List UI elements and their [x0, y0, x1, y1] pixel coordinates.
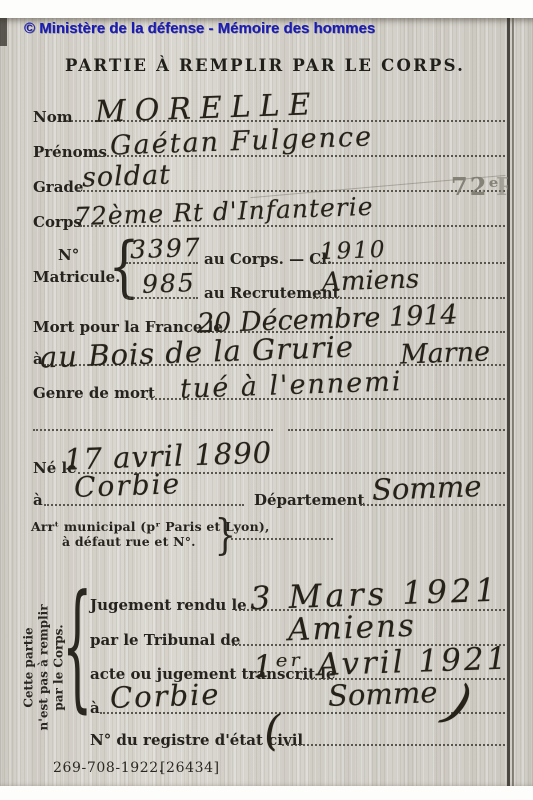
- genre-mort-label: Genre de mort: [33, 384, 155, 402]
- arr-label-line2: à défaut rue et N°.: [62, 534, 196, 549]
- prenoms-label: Prénoms: [33, 143, 107, 161]
- recrutement-handwritten: Amiens: [322, 266, 420, 295]
- genre-mort-handwritten: tué à l'ennemi: [180, 368, 403, 403]
- copyright-watermark: © Ministère de la défense - Mémoire des …: [24, 20, 375, 37]
- printer-imprint: 269-708-1922.: [53, 760, 164, 776]
- departement-label: Département: [254, 491, 364, 509]
- transcrit-lieu-handwritten: Corbie: [110, 680, 221, 713]
- ne-lieu-dotted: [44, 504, 244, 506]
- transcrit-dept-handwritten: Somme: [328, 678, 438, 711]
- scan-corner-smudge: [0, 18, 7, 46]
- regiment-stamp: 72ᵉ: [451, 172, 501, 201]
- form-title: PARTIE À REMPLIR PAR LE CORPS.: [55, 56, 475, 75]
- tribunal-handwritten: Amiens: [287, 611, 416, 646]
- scanned-record-page: © Ministère de la défense - Mémoire des …: [0, 0, 533, 800]
- nom-label: Nom: [33, 108, 73, 126]
- departement-handwritten: Somme: [372, 472, 482, 505]
- transcrit-lieu-label: à: [90, 699, 100, 717]
- grade-label: Grade: [33, 178, 83, 196]
- arr-dotted: [231, 538, 333, 540]
- tribunal-label: par le Tribunal de: [90, 631, 240, 649]
- arr-brace: }: [215, 514, 236, 556]
- matricule-corps-handwritten: 3397: [130, 235, 202, 262]
- printer-reference: [26434]: [160, 760, 220, 776]
- classe-handwritten: 1910: [320, 239, 387, 264]
- mort-lieu-dept-handwritten: Marne: [400, 338, 491, 368]
- jugement-brace: {: [62, 578, 93, 716]
- jugement-rendu-label: Jugement rendu le: [90, 596, 247, 614]
- side-note-line1: Cette partie: [22, 593, 37, 743]
- side-note-vertical: Cette partie n'est pas à remplir par le …: [22, 593, 67, 743]
- recrutement-dotted: [313, 297, 505, 299]
- nom-handwritten: MORELLE: [95, 90, 320, 128]
- empty-dotted-1: [33, 429, 273, 431]
- ne-lieu-handwritten: Corbie: [74, 470, 182, 502]
- registre-dotted: [282, 744, 505, 746]
- grade-handwritten: soldat: [82, 161, 172, 191]
- matricule-label: Matricule.: [33, 268, 120, 286]
- regiment-stamp-partial: R: [496, 172, 508, 201]
- ne-lieu-label: à: [33, 491, 43, 509]
- empty-dotted-2: [288, 429, 505, 431]
- page-binding-line-2: [512, 18, 514, 786]
- au-corps-cl-label: au Corps. — Cl.: [204, 250, 332, 268]
- handwritten-opening-paren: (: [263, 710, 281, 753]
- side-note-line2: n'est pas à remplir: [37, 593, 52, 743]
- matricule-no-label: N°: [58, 246, 79, 264]
- au-recrutement-label: au Recrutement: [204, 284, 340, 302]
- mort-label: Mort pour la France le: [33, 318, 223, 336]
- matricule-recr-handwritten: 985: [142, 270, 197, 297]
